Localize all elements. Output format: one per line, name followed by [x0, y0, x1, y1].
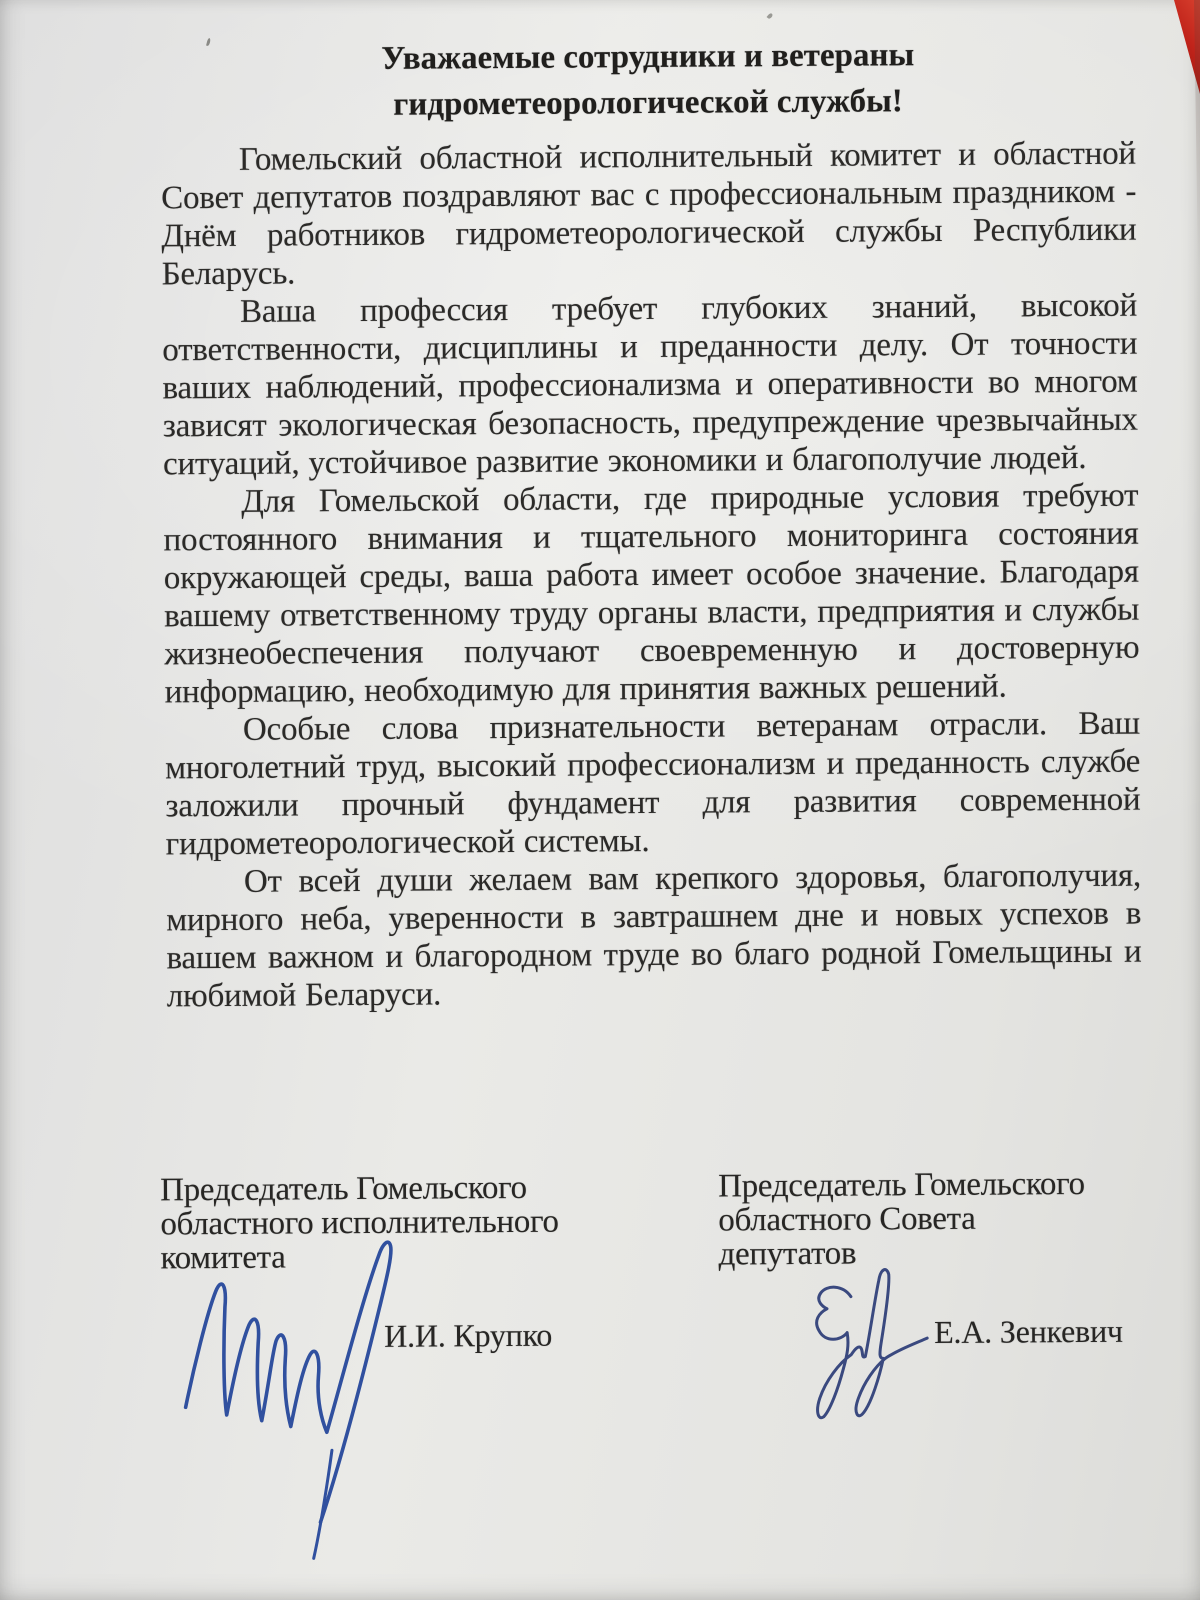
zenkevich-handwritten-signature: [789, 1258, 940, 1427]
title-line-2: гидрометеорологической службы!: [160, 77, 1135, 130]
letter-body: Гомельский областной исполнительный коми…: [161, 135, 1142, 1016]
dust-speck: [767, 12, 774, 19]
signatory-right-position: Председатель Гомельского областного Сове…: [718, 1167, 1085, 1272]
position-line: Председатель Гомельского: [160, 1171, 558, 1208]
paragraph-4: Особые слова признательности ветеранам о…: [165, 705, 1141, 864]
signatory-left-name: И.И. Крупко: [384, 1317, 552, 1355]
paragraph-1: Гомельский областной исполнительный коми…: [161, 135, 1137, 294]
position-line: Председатель Гомельского: [718, 1167, 1085, 1204]
letter-title: Уважаемые сотрудники и ветераны гидромет…: [160, 31, 1136, 130]
signatory-right-name: Е.А. Зенкевич: [934, 1313, 1123, 1351]
title-line-1: Уважаемые сотрудники и ветераны: [160, 31, 1135, 84]
letter-content: Уважаемые сотрудники и ветераны гидромет…: [160, 21, 1146, 1588]
paragraph-5: От всей души желаем вам крепкого здоровь…: [166, 857, 1142, 1016]
scanned-letter-page: Уважаемые сотрудники и ветераны гидромет…: [0, 0, 1200, 1600]
position-line: областного Совета: [718, 1201, 1085, 1238]
paragraph-2: Ваша профессия требует глубоких знаний, …: [162, 287, 1138, 484]
krupko-handwritten-signature: [166, 1228, 413, 1575]
paragraph-3: Для Гомельской области, где природные ус…: [163, 477, 1140, 712]
